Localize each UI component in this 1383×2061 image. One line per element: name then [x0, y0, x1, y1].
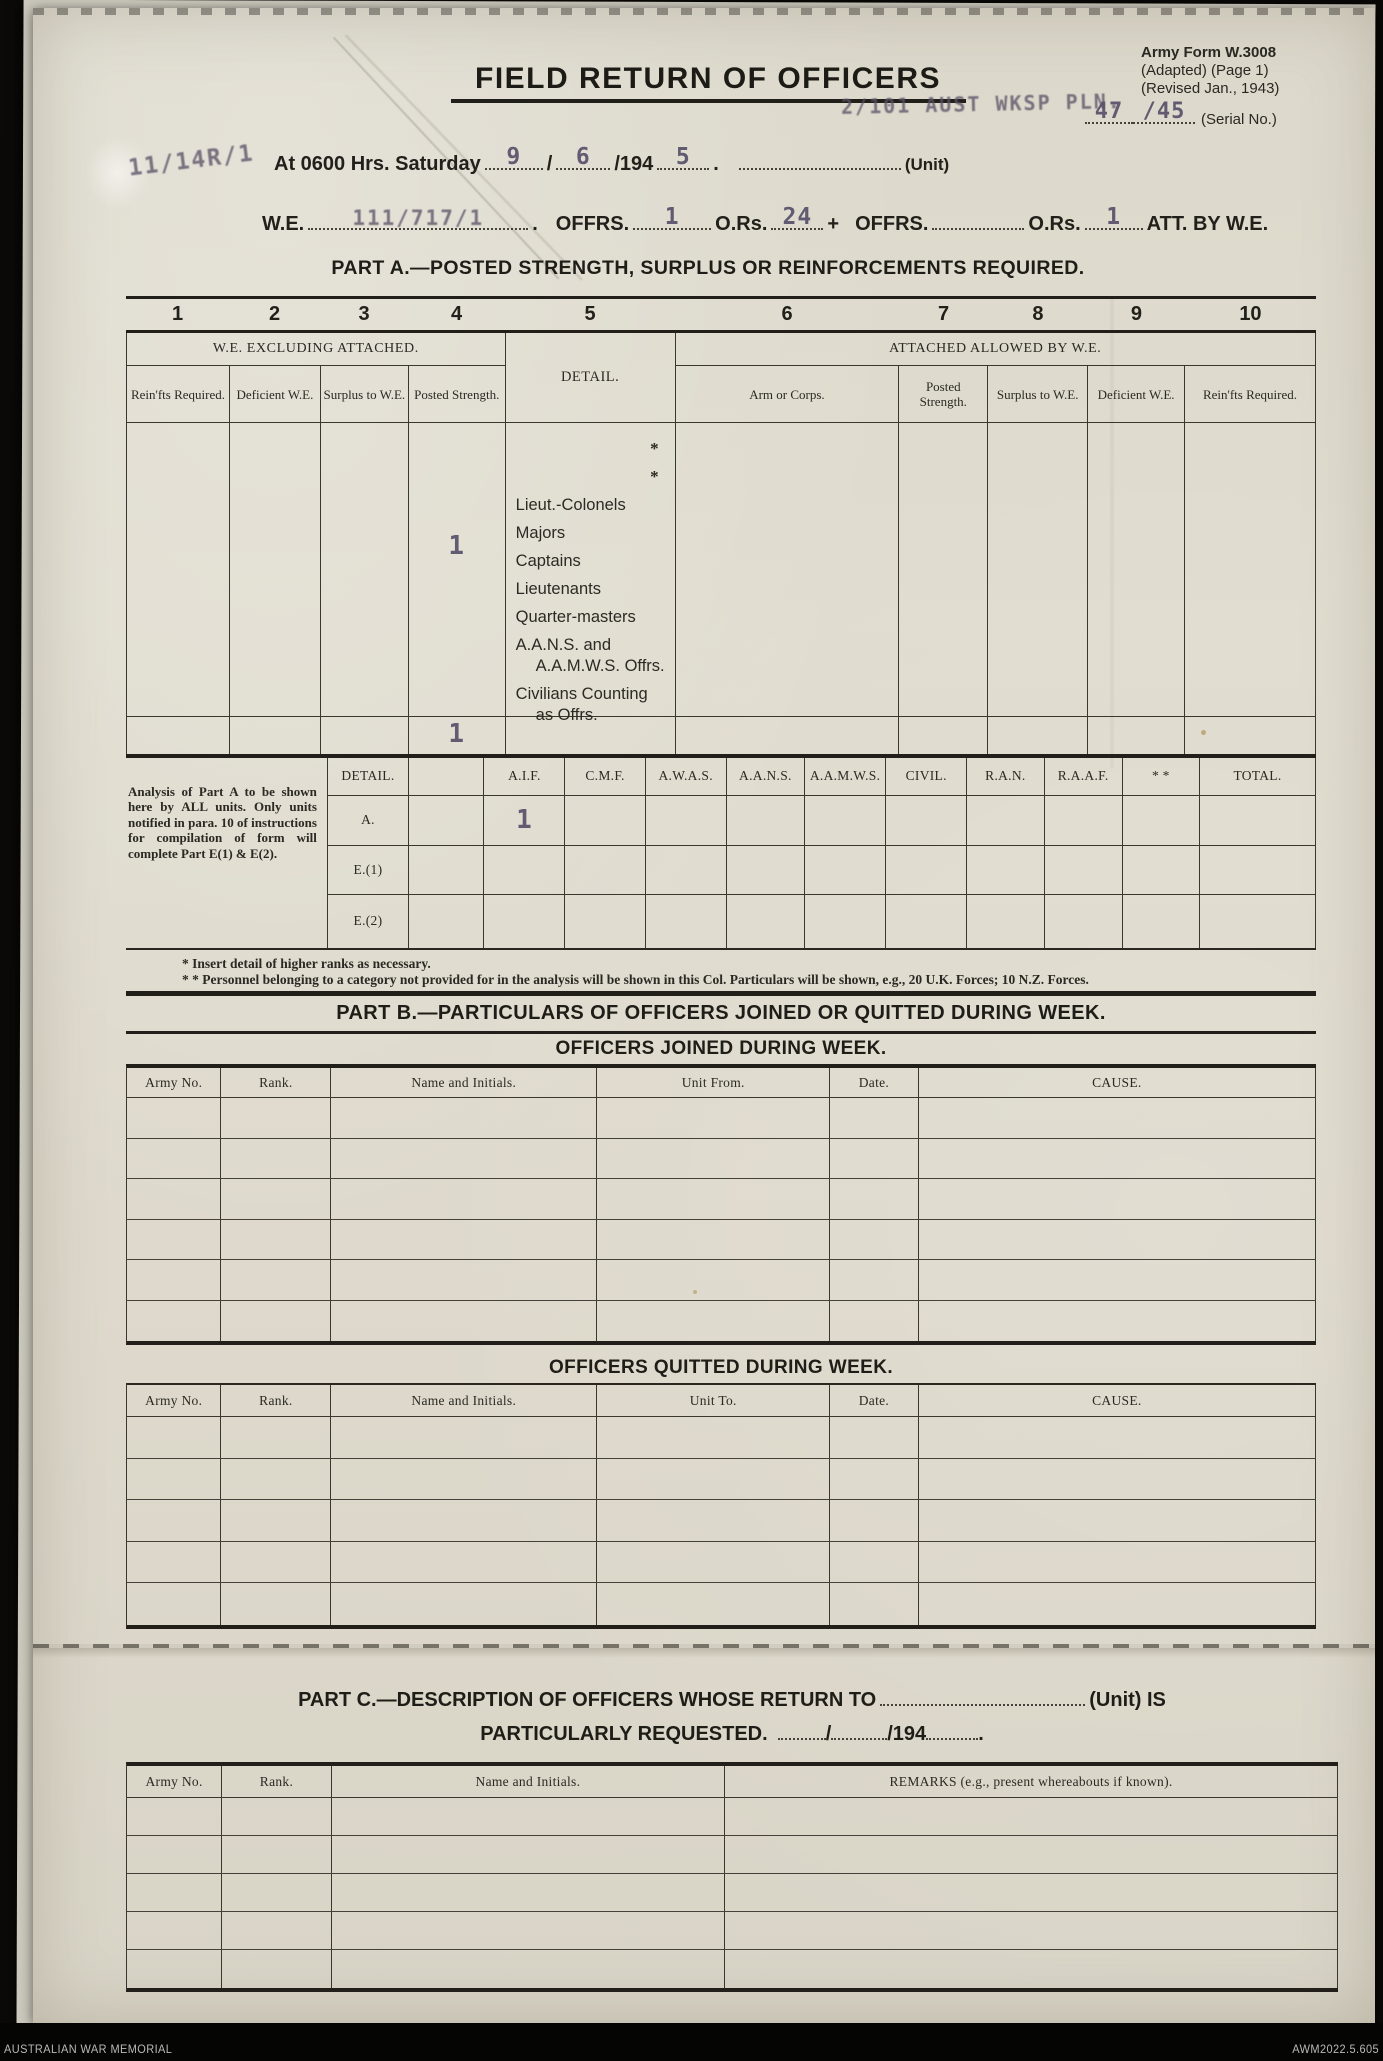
detail-rank-text: Captains: [516, 552, 581, 570]
footnote-single-asterisk: * Insert detail of higher ranks as neces…: [182, 956, 1316, 972]
part-c-year-field: [926, 1722, 978, 1740]
analysis-row-label: A.: [328, 796, 409, 846]
roster-header-row: Army No.Rank.Name and Initials.Unit From…: [127, 1068, 1316, 1098]
analysis-cell: [805, 846, 886, 895]
roster-column-header: Unit To.: [597, 1385, 830, 1417]
total-posted-strength-cell: 1: [409, 717, 506, 754]
roster-empty-cell: [919, 1500, 1316, 1542]
analysis-cell: [727, 796, 805, 846]
handwritten-serial-b: /45: [1143, 99, 1186, 124]
roster-column-header: Rank.: [221, 1068, 331, 1098]
body-cell: [127, 423, 230, 717]
parta-column-number: 3: [320, 303, 408, 326]
roster-empty-cell: [221, 1098, 331, 1139]
analysis-column-header: DETAIL.: [328, 758, 409, 796]
ors1-label: O.Rs.: [715, 213, 767, 236]
date-line-label: At 0600 Hrs. Saturday: [274, 153, 481, 176]
part-c-requested-text: PARTICULARLY REQUESTED.: [480, 1723, 767, 1746]
analysis-side-note: Analysis of Part A to be shown here by A…: [126, 758, 327, 948]
roster-empty-cell: [127, 1950, 222, 1988]
analysis-cell: [1045, 796, 1123, 846]
roster-empty-cell: [597, 1301, 830, 1342]
group-header-left: W.E. EXCLUDING ATTACHED.: [127, 333, 506, 366]
parta-column-number: 5: [505, 303, 675, 326]
roster-empty-cell: [221, 1139, 331, 1180]
officers-joined-title: OFFICERS JOINED DURING WEEK.: [126, 1034, 1316, 1064]
analysis-cell: [886, 796, 967, 846]
col-header-deficient-we: Deficient W.E.: [230, 366, 321, 423]
roster-empty-cell: [221, 1260, 331, 1301]
date-line: At 0600 Hrs. Saturday 9 / 6 /194 5 . (Un…: [270, 150, 953, 176]
att-by-we-label: ATT. BY W.E.: [1147, 213, 1269, 236]
roster-empty-cell: [332, 1912, 725, 1950]
unit-label: (Unit): [905, 155, 949, 175]
period: .: [713, 153, 719, 176]
roster-empty-cell: [597, 1220, 830, 1261]
roster-column-header: Date.: [830, 1068, 919, 1098]
roster-empty-cell: [332, 1950, 725, 1988]
total-cell: [127, 717, 230, 754]
handwritten-ors1: 24: [783, 204, 813, 230]
parta-column-number: 1: [126, 303, 229, 326]
archive-name: AUSTRALIAN WAR MEMORIAL: [4, 2044, 172, 2057]
roster-empty-cell: [597, 1179, 830, 1220]
roster-empty-cell: [830, 1098, 919, 1139]
roster-empty-cell: [919, 1260, 1316, 1301]
detail-rank-label: Captains: [516, 551, 669, 572]
handwritten-total-posted-strength: 1: [448, 719, 465, 749]
roster-empty-cell: [331, 1260, 597, 1301]
total-cell: [1088, 717, 1185, 754]
col-header-deficient-we-att: Deficient W.E.: [1088, 366, 1185, 423]
asterisk-note-marker: *: [650, 467, 659, 487]
parta-column-number: 4: [408, 303, 505, 326]
roster-empty-row: [127, 1301, 1316, 1342]
analysis-column-header: * *: [1123, 758, 1200, 796]
analysis-row: A.1: [328, 796, 1316, 846]
analysis-row: E.(1): [328, 846, 1316, 895]
roster-empty-row: [127, 1417, 1316, 1459]
roster-empty-cell: [222, 1836, 332, 1874]
roster-empty-cell: [597, 1583, 830, 1625]
roster-empty-cell: [830, 1260, 919, 1301]
day-field: 9: [485, 150, 543, 170]
roster-empty-cell: [725, 1798, 1338, 1836]
part-c-year-printed: /194: [887, 1723, 926, 1746]
unit-name-stamp: 2/101 AUST WKSP PLN.: [841, 89, 1122, 119]
roster-empty-row: [127, 1139, 1316, 1180]
roster-empty-row: [127, 1836, 1338, 1874]
body-cell: [1185, 423, 1316, 717]
roster-empty-cell: [127, 1836, 222, 1874]
roster-empty-row: [127, 1260, 1316, 1301]
analysis-cell: [1200, 796, 1316, 846]
body-cell: [1088, 423, 1185, 717]
analysis-row-label: E.(2): [328, 895, 409, 948]
analysis-cell: [805, 895, 886, 948]
analysis-row-label: E.(1): [328, 846, 409, 895]
detail-rank-text: Quarter-masters: [516, 608, 636, 626]
spacer: [126, 1345, 1316, 1353]
parta-column-number: 10: [1185, 303, 1316, 326]
analysis-column-header: C.M.F.: [565, 758, 645, 796]
part-c-section: PART C.—DESCRIPTION OF OFFICERS WHOSE RE…: [126, 1688, 1338, 1992]
roster-empty-cell: [127, 1417, 221, 1459]
roster-empty-cell: [331, 1098, 597, 1139]
roster-empty-cell: [127, 1260, 221, 1301]
roster-header-row: Army No.Rank.Name and Initials.Unit To.D…: [127, 1385, 1316, 1417]
analysis-cell: [1045, 895, 1123, 948]
paper-tear-perforation: [33, 1644, 1375, 1658]
parta-column-number: 8: [988, 303, 1088, 326]
offrs1-field: 1: [633, 210, 711, 230]
analysis-cell: [967, 895, 1044, 948]
period: .: [532, 213, 538, 236]
col-header-surplus-to-we-att: Surplus to W.E.: [988, 366, 1088, 423]
body-cell: [230, 423, 321, 717]
detail-rank-text: Civilians Counting: [516, 685, 648, 703]
ors2-label: O.Rs.: [1028, 213, 1080, 236]
year-printed: /194: [614, 153, 653, 176]
roster-empty-cell: [127, 1542, 221, 1584]
handwritten-year: 5: [676, 144, 691, 170]
roster-empty-cell: [331, 1500, 597, 1542]
roster-column-header: Date.: [830, 1385, 919, 1417]
roster-empty-cell: [332, 1874, 725, 1912]
detail-rank-label: Majors: [516, 523, 669, 544]
analysis-column-header: R.A.N.: [967, 758, 1044, 796]
handwritten-aif-count: 1: [516, 805, 533, 835]
analysis-cell: [886, 895, 967, 948]
parta-column-number: 7: [899, 303, 988, 326]
we-label: W.E.: [262, 213, 304, 236]
analysis-header-row: DETAIL.A.I.F.C.M.F.A.W.A.S.A.A.N.S.A.A.M…: [328, 758, 1316, 796]
roster-empty-cell: [221, 1417, 331, 1459]
analysis-cell: [967, 796, 1044, 846]
roster-empty-cell: [597, 1098, 830, 1139]
roster-empty-row: [127, 1220, 1316, 1261]
serial-field: /45: [1133, 104, 1195, 124]
col-header-posted-strength-att: Posted Strength.: [899, 366, 988, 423]
roster-empty-cell: [127, 1798, 222, 1836]
col-header-reinfts-required-att: Rein'fts Required.: [1185, 366, 1316, 423]
total-cell: [988, 717, 1088, 754]
roster-empty-cell: [919, 1139, 1316, 1180]
analysis-cell: [1200, 895, 1316, 948]
col-header-surplus-to-we: Surplus to W.E.: [321, 366, 409, 423]
roster-empty-cell: [222, 1912, 332, 1950]
roster-empty-row: [127, 1542, 1316, 1584]
col-header-posted-strength: Posted Strength.: [409, 366, 506, 423]
ors1-field: 24: [771, 210, 823, 230]
total-cell: [230, 717, 321, 754]
roster-empty-cell: [830, 1542, 919, 1584]
roster-empty-cell: [222, 1874, 332, 1912]
detail-rank-label: A.A.N.S. andA.A.M.W.S. Offrs.: [516, 635, 669, 677]
body-cell: [988, 423, 1088, 717]
roster-empty-cell: [221, 1301, 331, 1342]
roster-empty-cell: [830, 1417, 919, 1459]
analysis-cell: [727, 895, 805, 948]
analysis-cell: [805, 796, 886, 846]
part-c-heading-line2: PARTICULARLY REQUESTED. / /194 .: [126, 1722, 1338, 1756]
handwritten-posted-strength: 1: [448, 531, 465, 561]
detail-rank-label: Lieut.-Colonels: [516, 495, 669, 516]
analysis-cell: [565, 846, 645, 895]
part-c-month-field: [831, 1722, 887, 1740]
roster-empty-cell: [221, 1459, 331, 1501]
total-cell: [676, 717, 900, 754]
analysis-cell: [565, 796, 645, 846]
posted-strength-cell: 1: [409, 423, 506, 717]
analysis-cell: [1123, 895, 1200, 948]
roster-column-header: Name and Initials.: [332, 1766, 725, 1798]
analysis-column-header: [409, 758, 484, 796]
analysis-cell: [1123, 796, 1200, 846]
analysis-cell: [646, 895, 727, 948]
analysis-column-header: TOTAL.: [1200, 758, 1316, 796]
roster-empty-cell: [919, 1220, 1316, 1261]
joined-table: Army No.Rank.Name and Initials.Unit From…: [126, 1064, 1316, 1345]
roster-empty-row: [127, 1098, 1316, 1139]
roster-empty-cell: [127, 1874, 222, 1912]
roster-empty-cell: [597, 1260, 830, 1301]
roster-empty-cell: [127, 1500, 221, 1542]
roster-empty-row: [127, 1459, 1316, 1501]
roster-column-header: Rank.: [221, 1385, 331, 1417]
detail-rank-text-continuation: A.A.M.W.S. Offrs.: [516, 656, 669, 677]
analysis-cell: [646, 846, 727, 895]
body-cell: [321, 423, 409, 717]
parta-column-number: 9: [1088, 303, 1185, 326]
ors2-field: 1: [1085, 210, 1143, 230]
offrs2-field: [932, 210, 1024, 230]
parta-detail-list: Lieut.-ColonelsMajorsCaptainsLieutenants…: [516, 495, 669, 726]
col-header-reinfts-required: Rein'fts Required.: [127, 366, 230, 423]
roster-empty-cell: [919, 1098, 1316, 1139]
serial-label: (Serial No.): [1201, 111, 1277, 128]
roster-column-header: Name and Initials.: [331, 1068, 597, 1098]
part-c-heading-unit-is: (Unit) IS: [1089, 1689, 1166, 1712]
analysis-section: Analysis of Part A to be shown here by A…: [126, 758, 1316, 948]
analysis-column-header: A.A.N.S.: [727, 758, 805, 796]
roster-empty-cell: [331, 1459, 597, 1501]
roster-empty-cell: [919, 1459, 1316, 1501]
form-tables: 12345678910 W.E. EXCLUDING ATTACHED. DET…: [126, 296, 1316, 1629]
roster-empty-cell: [830, 1301, 919, 1342]
footnote-double-asterisk: * * Personnel belonging to a category no…: [182, 972, 1316, 988]
roster-empty-cell: [127, 1139, 221, 1180]
roster-empty-cell: [919, 1583, 1316, 1625]
roster-empty-cell: [221, 1500, 331, 1542]
handwritten-we-number: 111/717/1: [352, 206, 484, 230]
we-strength-line: W.E. 111/717/1 . OFFRS. 1 O.Rs. 24 + OFF…: [258, 210, 1272, 236]
roster-empty-cell: [221, 1220, 331, 1261]
asterisk-note-marker: *: [650, 439, 659, 459]
roster-empty-cell: [725, 1912, 1338, 1950]
analysis-cell: [409, 846, 484, 895]
detail-column-header: DETAIL.: [506, 333, 676, 423]
roster-empty-cell: [597, 1417, 830, 1459]
analysis-column-header: A.I.F.: [484, 758, 565, 796]
part-c-day-field: [778, 1722, 826, 1740]
parta-number-row: 12345678910: [126, 296, 1316, 333]
handwritten-month: 6: [576, 144, 591, 170]
quitted-table: Army No.Rank.Name and Initials.Unit To.D…: [126, 1383, 1316, 1629]
analysis-cell: [484, 895, 565, 948]
analysis-cell: [409, 895, 484, 948]
roster-empty-row: [127, 1874, 1338, 1912]
handwritten-day: 9: [506, 144, 521, 170]
roster-empty-cell: [331, 1542, 597, 1584]
roster-empty-cell: [725, 1950, 1338, 1988]
col-header-arm-or-corps: Arm or Corps.: [676, 366, 900, 423]
analysis-cell: [1200, 846, 1316, 895]
roster-empty-row: [127, 1583, 1316, 1625]
roster-empty-cell: [332, 1798, 725, 1836]
analysis-cell: [886, 846, 967, 895]
analysis-row: E.(2): [328, 895, 1316, 948]
roster-empty-cell: [830, 1220, 919, 1261]
part-c-unit-field: [880, 1688, 1085, 1706]
roster-empty-cell: [597, 1139, 830, 1180]
analysis-column-header: R.A.A.F.: [1045, 758, 1123, 796]
roster-empty-cell: [331, 1301, 597, 1342]
roster-empty-cell: [127, 1459, 221, 1501]
roster-column-header: Unit From.: [597, 1068, 830, 1098]
we-number-field: 111/717/1: [308, 210, 528, 230]
date-separator: /: [547, 153, 553, 176]
analysis-cell: [727, 846, 805, 895]
roster-empty-cell: [127, 1098, 221, 1139]
roster-empty-cell: [830, 1459, 919, 1501]
registry-file-stamp: 11/14R/1: [127, 140, 256, 181]
roster-empty-cell: [127, 1179, 221, 1220]
roster-column-header: REMARKS (e.g., present whereabouts if kn…: [725, 1766, 1338, 1798]
roster-empty-cell: [331, 1179, 597, 1220]
month-field: 6: [556, 150, 610, 170]
roster-empty-cell: [127, 1220, 221, 1261]
handwritten-offrs1: 1: [665, 204, 680, 230]
scanned-form-page: Army Form W.3008 (Adapted) (Page 1) (Rev…: [0, 0, 1383, 2061]
roster-column-header: Army No.: [127, 1385, 221, 1417]
offrs1-label: OFFRS.: [556, 213, 629, 236]
roster-empty-row: [127, 1179, 1316, 1220]
analysis-table: DETAIL.A.I.F.C.M.F.A.W.A.S.A.A.N.S.A.A.M…: [327, 758, 1316, 948]
total-cell: [899, 717, 988, 754]
tear-shadow: [33, 1648, 1375, 1658]
roster-empty-cell: [221, 1583, 331, 1625]
form-number: Army Form W.3008: [1141, 44, 1341, 62]
roster-empty-row: [127, 1950, 1338, 1988]
title-block: FIELD RETURN OF OFFICERS: [113, 62, 1303, 103]
body-cell: [899, 423, 988, 717]
analysis-column-header: A.A.M.W.S.: [805, 758, 886, 796]
analysis-cell: [967, 846, 1044, 895]
analysis-cell: 1: [484, 796, 565, 846]
total-cell: [506, 717, 676, 754]
detail-rank-text: A.A.N.S. and: [516, 636, 611, 654]
total-cell: [321, 717, 409, 754]
detail-rank-label: Quarter-masters: [516, 607, 669, 628]
roster-column-header: Name and Initials.: [331, 1385, 597, 1417]
roster-empty-cell: [331, 1139, 597, 1180]
analysis-column-header: A.W.A.S.: [646, 758, 727, 796]
roster-empty-cell: [127, 1583, 221, 1625]
archive-item-id: AWM2022.5.605: [1292, 2044, 1379, 2057]
archive-footer-bar: [0, 2023, 1383, 2061]
roster-header-row: Army No.Rank.Name and Initials.REMARKS (…: [127, 1766, 1338, 1798]
roster-empty-cell: [725, 1874, 1338, 1912]
roster-empty-cell: [331, 1417, 597, 1459]
roster-column-header: Army No.: [127, 1766, 222, 1798]
footnotes-block: * Insert detail of higher ranks as neces…: [126, 950, 1316, 991]
part-c-heading-text: PART C.—DESCRIPTION OF OFFICERS WHOSE RE…: [298, 1689, 876, 1712]
roster-empty-cell: [919, 1179, 1316, 1220]
group-header-right: ATTACHED ALLOWED BY W.E.: [676, 333, 1316, 366]
parta-column-number: 6: [675, 303, 899, 326]
officers-quitted-title: OFFICERS QUITTED DURING WEEK.: [126, 1353, 1316, 1383]
roster-empty-cell: [597, 1459, 830, 1501]
analysis-cell: [1123, 846, 1200, 895]
roster-empty-cell: [725, 1836, 1338, 1874]
part-c-period: .: [978, 1723, 984, 1746]
detail-rank-text: Lieutenants: [516, 580, 601, 598]
roster-empty-cell: [919, 1417, 1316, 1459]
page-title: FIELD RETURN OF OFFICERS: [113, 62, 1303, 96]
analysis-cell: [409, 796, 484, 846]
roster-empty-cell: [127, 1301, 221, 1342]
detail-rank-text: Majors: [516, 524, 566, 542]
roster-empty-cell: [830, 1583, 919, 1625]
roster-column-header: CAUSE.: [919, 1385, 1316, 1417]
detail-rank-label: Lieutenants: [516, 579, 669, 600]
part-c-heading-line1: PART C.—DESCRIPTION OF OFFICERS WHOSE RE…: [126, 1688, 1338, 1722]
roster-column-header: CAUSE.: [919, 1068, 1316, 1098]
detail-ranks-cell: * * Lieut.-ColonelsMajorsCaptainsLieuten…: [506, 423, 676, 717]
roster-empty-cell: [830, 1139, 919, 1180]
roster-empty-cell: [221, 1179, 331, 1220]
total-cell: [1185, 717, 1316, 754]
parta-column-number: 2: [229, 303, 320, 326]
part-a-heading: PART A.—POSTED STRENGTH, SURPLUS OR REIN…: [113, 257, 1303, 280]
roster-empty-cell: [331, 1583, 597, 1625]
analysis-cell: [565, 895, 645, 948]
roster-empty-row: [127, 1798, 1338, 1836]
roster-column-header: Army No.: [127, 1068, 221, 1098]
roster-empty-cell: [127, 1912, 222, 1950]
detail-rank-text: Lieut.-Colonels: [516, 496, 626, 514]
roster-empty-row: [127, 1500, 1316, 1542]
analysis-cell: [646, 796, 727, 846]
roster-empty-cell: [221, 1542, 331, 1584]
roster-empty-cell: [919, 1542, 1316, 1584]
part-b-heading: PART B.—PARTICULARS OF OFFICERS JOINED O…: [126, 996, 1316, 1031]
unit-field: [739, 150, 901, 170]
analysis-cell: [1045, 846, 1123, 895]
roster-empty-cell: [332, 1836, 725, 1874]
roster-empty-cell: [331, 1220, 597, 1261]
roster-empty-cell: [222, 1950, 332, 1988]
roster-empty-cell: [597, 1500, 830, 1542]
roster-empty-cell: [830, 1500, 919, 1542]
handwritten-ors2: 1: [1106, 204, 1121, 230]
roster-empty-row: [127, 1912, 1338, 1950]
offrs2-label: OFFRS.: [855, 213, 928, 236]
part-a-table: W.E. EXCLUDING ATTACHED. DETAIL. ATTACHE…: [126, 333, 1316, 754]
form-paper: Army Form W.3008 (Adapted) (Page 1) (Rev…: [33, 8, 1375, 2023]
roster-empty-cell: [597, 1542, 830, 1584]
